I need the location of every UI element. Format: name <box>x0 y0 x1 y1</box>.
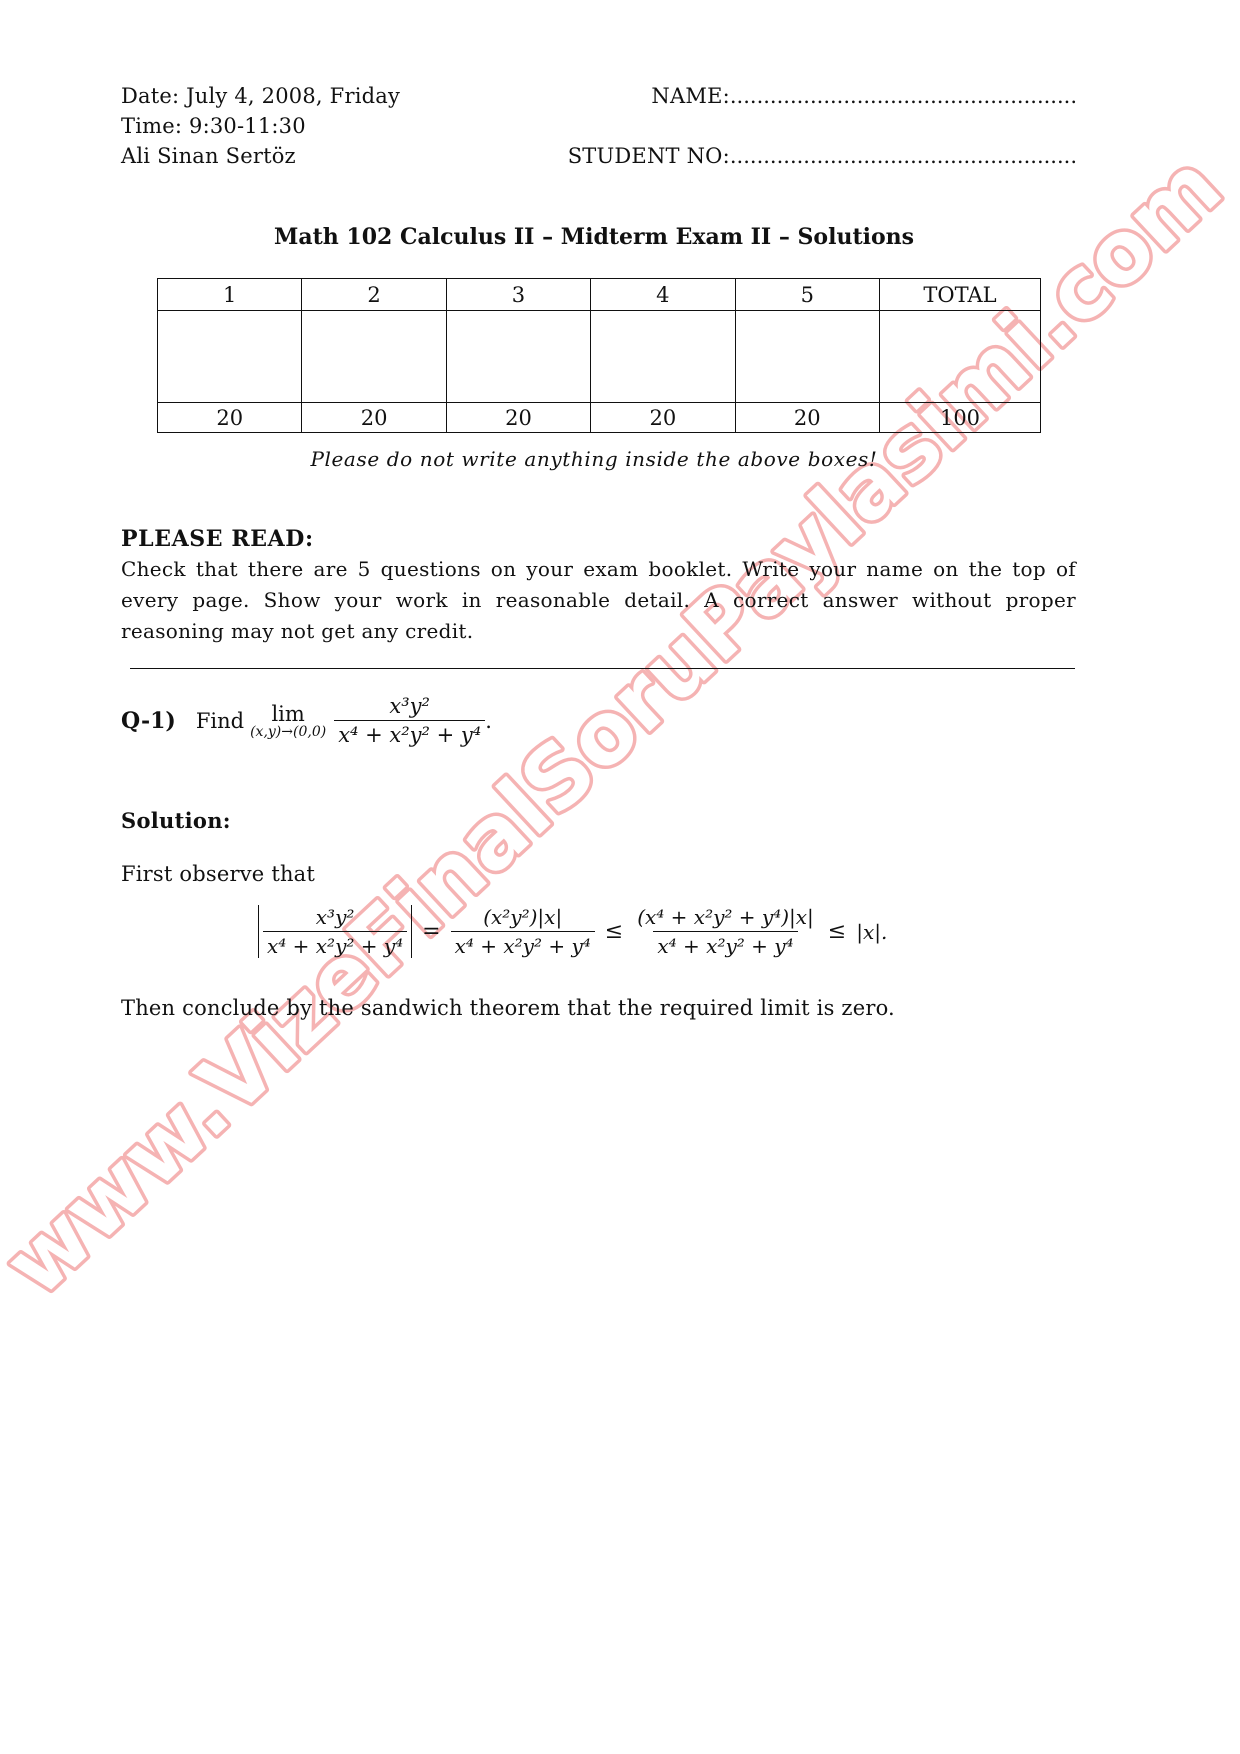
score-entry-row <box>158 311 1041 403</box>
solution-heading: Solution: <box>121 808 231 833</box>
score-table: 1 2 3 4 5 TOTAL 20 20 20 20 20 100 <box>157 278 1041 433</box>
rhs-fraction: (x⁴ + x²y² + y⁴)|x| x⁴ + x²y² + y⁴ <box>633 905 818 958</box>
le-sign-1: ≤ <box>605 919 623 944</box>
lhs-fraction: x³y² x⁴ + x²y² + y⁴ <box>263 905 407 958</box>
mid-numerator: (x²y²)|x| <box>479 905 566 931</box>
score-box-q2 <box>302 311 446 403</box>
question-label: Q-1) <box>121 708 176 734</box>
limit-operator: lim (x,y)→(0,0) <box>250 702 326 740</box>
points-q4: 20 <box>591 403 735 433</box>
header-total: TOTAL <box>880 279 1041 311</box>
mid-fraction: (x²y²)|x| x⁴ + x²y² + y⁴ <box>451 905 595 958</box>
le-sign-2: ≤ <box>828 919 846 944</box>
solution-intro: First observe that <box>121 862 315 886</box>
exam-time: Time: 9:30-11:30 <box>121 114 306 138</box>
student-no-dotted-line: ........................................… <box>730 144 1077 168</box>
header-q3: 3 <box>446 279 590 311</box>
name-label: NAME: <box>651 84 729 108</box>
rhs-denominator: x⁴ + x²y² + y⁴ <box>653 931 797 958</box>
upper-bound: |x|. <box>856 920 887 944</box>
question-period: . <box>485 709 492 733</box>
question-1: Q-1) Find lim (x,y)→(0,0) x³y² x⁴ + x²y²… <box>121 694 492 747</box>
student-no-field[interactable]: STUDENT NO:.............................… <box>568 144 1077 168</box>
solution-conclusion: Then conclude by the sandwich theorem th… <box>121 996 895 1020</box>
points-q5: 20 <box>735 403 879 433</box>
score-box-total <box>880 311 1041 403</box>
points-total: 100 <box>880 403 1041 433</box>
points-q3: 20 <box>446 403 590 433</box>
question-prompt: Find <box>196 709 244 733</box>
mid-denominator: x⁴ + x²y² + y⁴ <box>451 931 595 958</box>
instructor-name: Ali Sinan Sertöz <box>121 144 296 168</box>
question-fraction: x³y² x⁴ + x²y² + y⁴ <box>334 694 485 747</box>
exam-title: Math 102 Calculus II – Midterm Exam II –… <box>0 224 1188 250</box>
lhs-denominator: x⁴ + x²y² + y⁴ <box>263 931 407 958</box>
fraction-numerator: x³y² <box>385 694 434 720</box>
points-q2: 20 <box>302 403 446 433</box>
score-box-q5 <box>735 311 879 403</box>
score-table-header-row: 1 2 3 4 5 TOTAL <box>158 279 1041 311</box>
lim-subscript: (x,y)→(0,0) <box>250 724 326 740</box>
exam-date: Date: July 4, 2008, Friday <box>121 84 400 108</box>
lim-text: lim <box>271 702 304 726</box>
max-points-row: 20 20 20 20 20 100 <box>158 403 1041 433</box>
equals-sign: = <box>422 919 440 944</box>
header-q5: 5 <box>735 279 879 311</box>
rhs-numerator: (x⁴ + x²y² + y⁴)|x| <box>633 905 818 931</box>
table-caption: Please do not write anything inside the … <box>0 447 1188 471</box>
score-box-q1 <box>158 311 302 403</box>
lhs-numerator: x³y² <box>312 905 359 931</box>
absolute-value: x³y² x⁴ + x²y² + y⁴ <box>258 905 412 958</box>
section-divider <box>130 668 1075 669</box>
student-no-label: STUDENT NO: <box>568 144 730 168</box>
score-box-q3 <box>446 311 590 403</box>
header-q4: 4 <box>591 279 735 311</box>
please-read-heading: PLEASE READ: <box>121 526 314 552</box>
header-q2: 2 <box>302 279 446 311</box>
header-q1: 1 <box>158 279 302 311</box>
points-q1: 20 <box>158 403 302 433</box>
score-box-q4 <box>591 311 735 403</box>
please-read-text: Check that there are 5 questions on your… <box>121 554 1076 647</box>
name-dotted-line: ........................................… <box>730 84 1077 108</box>
solution-inequality: x³y² x⁴ + x²y² + y⁴ = (x²y²)|x| x⁴ + x²y… <box>258 905 887 958</box>
fraction-denominator: x⁴ + x²y² + y⁴ <box>334 720 485 747</box>
name-field[interactable]: NAME:...................................… <box>651 84 1077 108</box>
